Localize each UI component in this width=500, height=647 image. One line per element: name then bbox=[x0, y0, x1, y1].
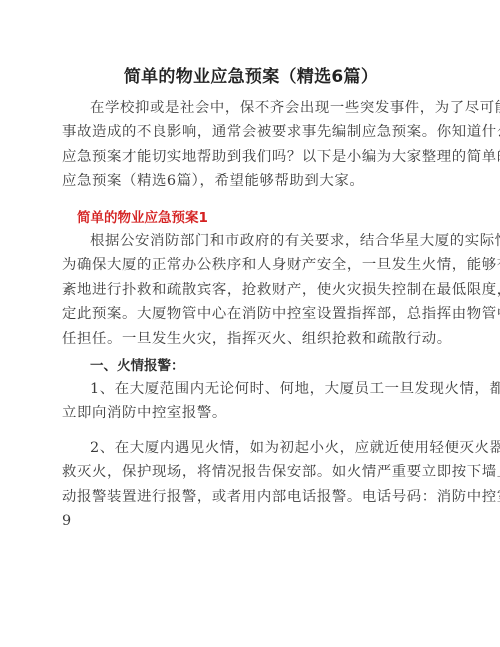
document-title: 简单的物业应急预案（精选6篇） bbox=[62, 62, 440, 87]
item-1-paragraph: 1、在大厦范围内无论何时、何地，大厦员工一旦发现火情，都有责任 立即向消防中控室… bbox=[62, 377, 440, 426]
subheading-fire-alarm: 一、火情报警： bbox=[90, 354, 185, 374]
paragraph-line: 2、在大厦内遇见火情，如为初起小火，应就近使用轻便灭火器进行自 bbox=[62, 436, 440, 460]
paragraph-line: 定此预案。大厦物管中心在消防中控室设置指挥部，总指挥由物管中心主 bbox=[62, 302, 440, 326]
paragraph-line: 救灭火，保护现场，将情况报告保安部。如火情严重要立即按下墙上的手 bbox=[62, 460, 440, 484]
paragraph-line: 立即向消防中控室报警。 bbox=[62, 401, 440, 425]
intro-line: 在学校抑或是社会中，保不齐会出现一些突发事件，为了尽可能减小 bbox=[62, 96, 440, 120]
item-2-paragraph: 2、在大厦内遇见火情，如为初起小火，应就近使用轻便灭火器进行自 救灭火，保护现场… bbox=[62, 436, 440, 534]
paragraph-line: 根据公安消防部门和市政府的有关要求，结合华星大厦的实际情况， bbox=[62, 229, 440, 253]
paragraph-line: 9 bbox=[62, 509, 440, 533]
intro-line: 应急预案（精选6篇），希望能够帮助到大家。 bbox=[62, 169, 440, 193]
section1-paragraph: 根据公安消防部门和市政府的有关要求，结合华星大厦的实际情况， 为确保大厦的正常办… bbox=[62, 229, 440, 351]
paragraph-line: 为确保大厦的正常办公秩序和人身财产安全，一旦发生火情，能够有条不 bbox=[62, 253, 440, 277]
intro-line: 事故造成的不良影响，通常会被要求事先编制应急预案。你知道什么样的 bbox=[62, 120, 440, 144]
paragraph-line: 1、在大厦范围内无论何时、何地，大厦员工一旦发现火情，都有责任 bbox=[62, 377, 440, 401]
paragraph-line: 动报警装置进行报警，或者用内部电话报警。电话号码：消防中控室：X11 bbox=[62, 485, 440, 509]
paragraph-line: 任担任。一旦发生火灾，指挥灭火、组织抢救和疏散行动。 bbox=[62, 327, 440, 351]
section-heading: 简单的物业应急预案1 bbox=[77, 206, 208, 226]
paragraph-line: 紊地进行扑救和疏散宾客，抢救财产，使火灾损失控制在最低限度，特制 bbox=[62, 278, 440, 302]
intro-paragraph: 在学校抑或是社会中，保不齐会出现一些突发事件，为了尽可能减小 事故造成的不良影响… bbox=[62, 96, 440, 194]
intro-line: 应急预案才能切实地帮助到我们吗？以下是小编为大家整理的简单的物业 bbox=[62, 145, 440, 169]
